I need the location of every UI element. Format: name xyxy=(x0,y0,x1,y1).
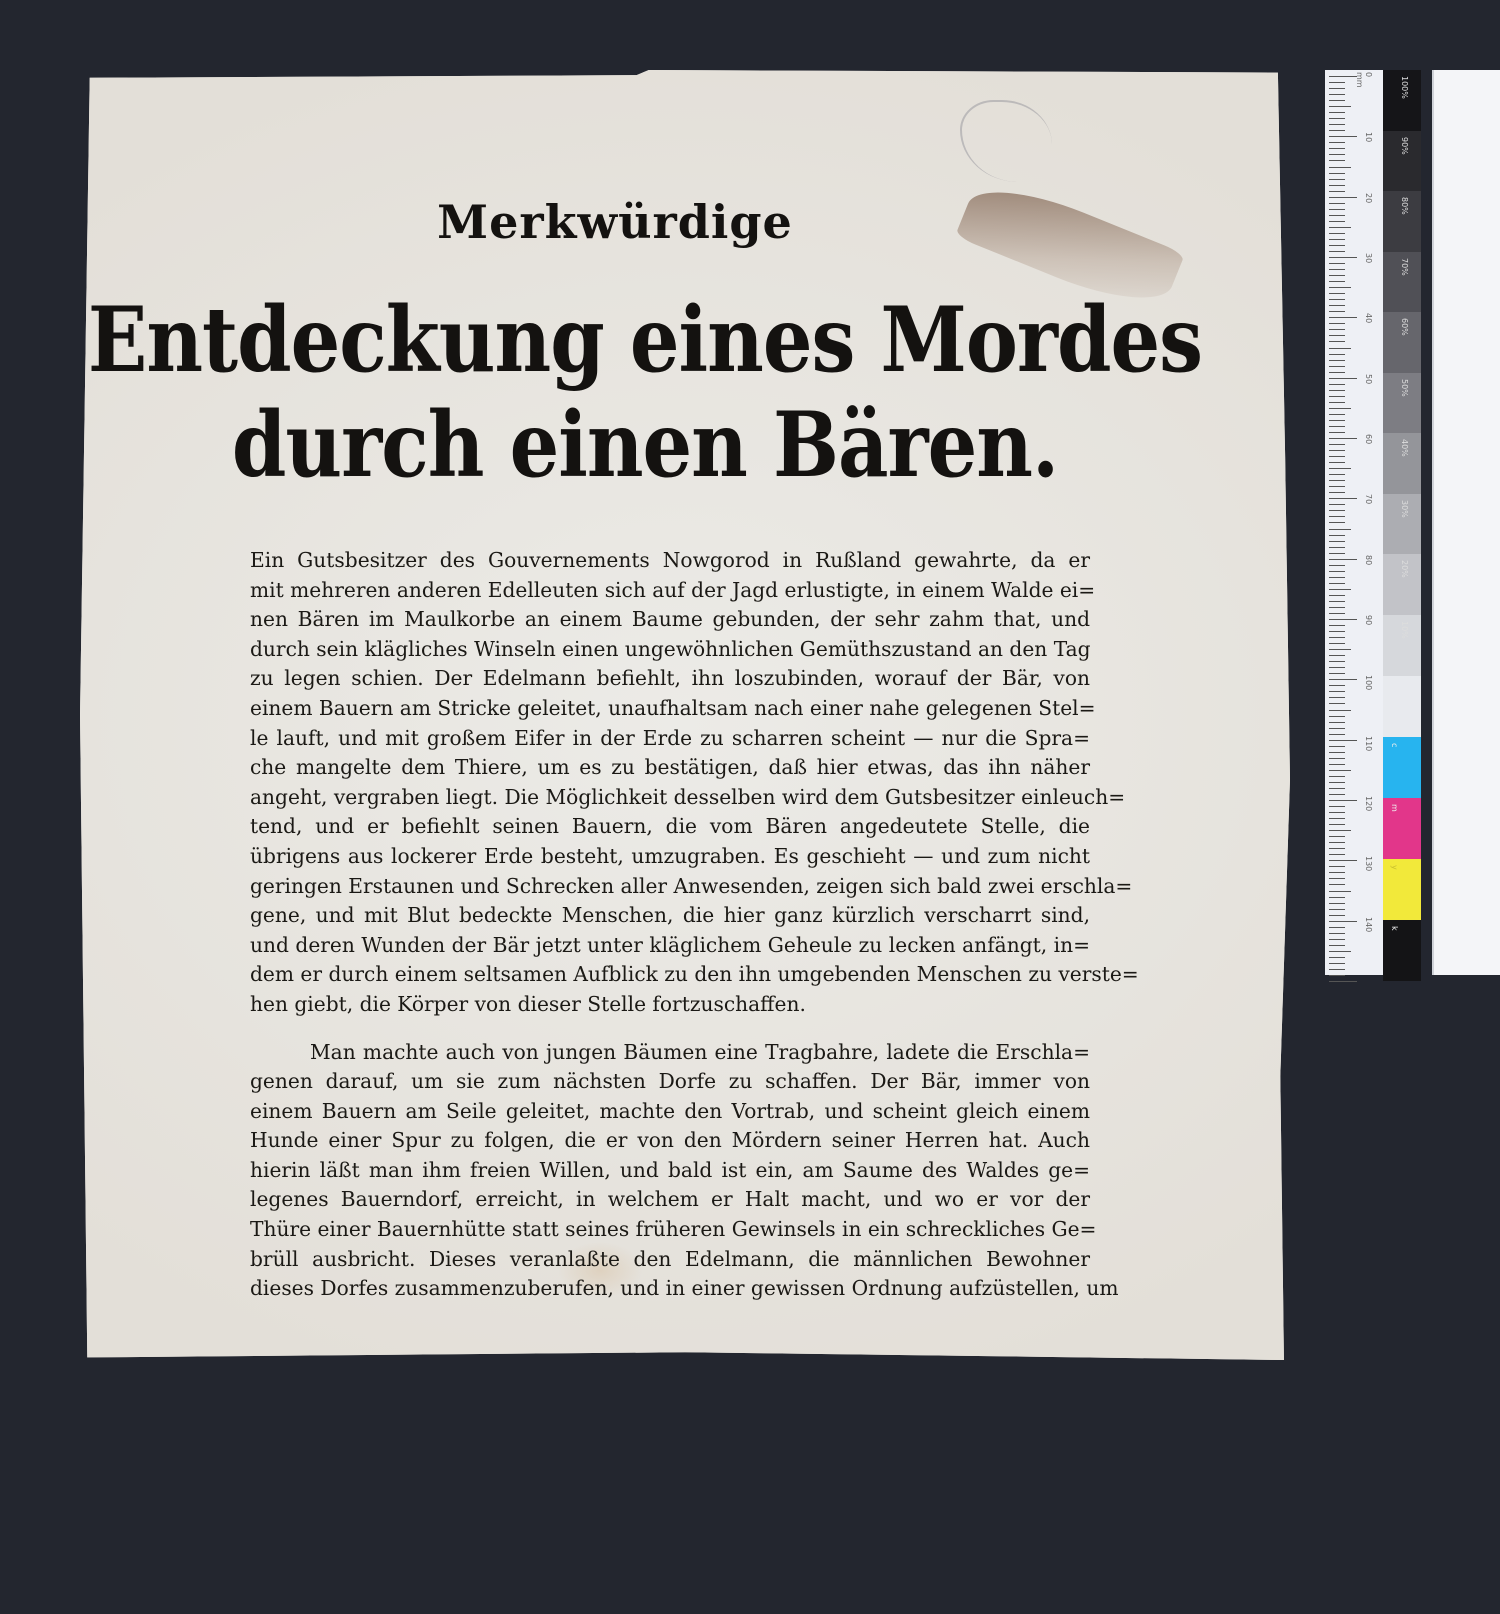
ruler-tick xyxy=(1329,860,1357,861)
ruler-tick xyxy=(1329,903,1345,904)
ruler-tick xyxy=(1329,167,1351,168)
ruler-tick xyxy=(1329,577,1345,578)
text-line: tend, und er befiehlt seinen Bauern, die… xyxy=(250,812,1090,842)
ruler-tick xyxy=(1329,824,1345,825)
ruler-label: 110 xyxy=(1364,736,1373,751)
gray-patch: 60% xyxy=(1383,312,1421,373)
ruler-tick xyxy=(1329,203,1345,204)
ruler-tick xyxy=(1329,76,1357,77)
ruler-label: 100 xyxy=(1364,675,1373,690)
ruler-tick xyxy=(1329,981,1357,982)
patch-label: 20% xyxy=(1400,560,1409,578)
ruler-tick xyxy=(1329,154,1345,155)
title-line-3: durch einen Bären. xyxy=(40,393,1250,498)
text-line: hierin läßt man ihm freien Willen, und b… xyxy=(250,1156,1090,1186)
ruler-tick xyxy=(1329,390,1345,391)
ruler-tick xyxy=(1329,679,1357,680)
text-line: le lauft, und mit großem Eifer in der Er… xyxy=(250,724,1090,754)
ruler-tick xyxy=(1329,661,1345,662)
ruler-tick xyxy=(1329,354,1345,355)
text-line: angeht, vergraben liegt. Die Möglichkeit… xyxy=(250,783,1090,813)
ruler-tick xyxy=(1329,197,1357,198)
ruler-tick xyxy=(1329,341,1345,342)
ruler-tick xyxy=(1329,547,1345,548)
gray-patch: 50% xyxy=(1383,373,1421,434)
ruler-tick xyxy=(1329,872,1345,873)
ruler-tick xyxy=(1329,655,1345,656)
ruler-tick xyxy=(1329,438,1357,439)
gray-patch: 100% xyxy=(1383,70,1421,131)
ruler-tick xyxy=(1329,456,1345,457)
ruler-tick xyxy=(1329,486,1345,487)
ruler-tick xyxy=(1329,933,1345,934)
ruler-tick xyxy=(1329,263,1345,264)
ruler-tick xyxy=(1329,450,1345,451)
ruler-tick xyxy=(1329,969,1345,970)
ruler-tick xyxy=(1329,643,1345,644)
ruler-tick xyxy=(1329,673,1345,674)
ruler-tick xyxy=(1329,927,1345,928)
ruler-tick xyxy=(1329,782,1345,783)
ruler-tick xyxy=(1329,529,1351,530)
text-line: zu legen schien. Der Edelmann befiehlt, … xyxy=(250,664,1090,694)
ruler-tick xyxy=(1329,420,1345,421)
ruler-tick xyxy=(1329,589,1351,590)
ruler-tick xyxy=(1329,613,1345,614)
ruler-tick xyxy=(1329,468,1351,469)
ruler-tick xyxy=(1329,112,1345,113)
patch-label: 50% xyxy=(1400,379,1409,397)
ruler-tick xyxy=(1329,88,1345,89)
mm-ruler: 0 mm102030405060708090100110120130140 xyxy=(1325,70,1383,975)
gray-patch: 30% xyxy=(1383,494,1421,555)
text-line: einem Bauern am Stricke geleitet, unaufh… xyxy=(250,694,1090,724)
ruler-tick xyxy=(1329,710,1351,711)
text-line: dem er durch einem seltsamen Aufblick zu… xyxy=(250,960,1090,990)
ruler-tick xyxy=(1329,130,1345,131)
ruler-label: 90 xyxy=(1364,615,1373,625)
ruler-tick xyxy=(1329,685,1345,686)
ruler-tick xyxy=(1329,281,1345,282)
ruler-tick xyxy=(1329,257,1357,258)
ruler-label: 60 xyxy=(1364,434,1373,444)
ruler-tick xyxy=(1329,734,1345,735)
ruler-tick xyxy=(1329,758,1345,759)
patch-label: 90% xyxy=(1400,137,1409,155)
article-body: Ein Gutsbesitzer des Gouvernements Nowgo… xyxy=(250,546,1090,1304)
color-patch-c: c xyxy=(1383,737,1421,798)
patch-label: 30% xyxy=(1400,500,1409,518)
color-patch-y: y xyxy=(1383,859,1421,920)
ruler-label: 140 xyxy=(1364,917,1373,932)
ruler-tick xyxy=(1329,329,1345,330)
ruler-tick xyxy=(1329,287,1351,288)
title-line-1: Merkwürdige xyxy=(10,195,1220,249)
gray-patch: 40% xyxy=(1383,433,1421,494)
ruler-tick xyxy=(1329,697,1345,698)
patch-label: 10% xyxy=(1400,621,1409,639)
ruler-tick xyxy=(1329,209,1345,210)
ruler-tick xyxy=(1329,348,1351,349)
ruler-tick xyxy=(1329,480,1345,481)
ruler-tick xyxy=(1329,854,1345,855)
text-line: hen giebt, die Körper von dieser Stelle … xyxy=(250,990,1090,1020)
text-line: gene, und mit Blut bedeckte Menschen, di… xyxy=(250,901,1090,931)
ruler-tick xyxy=(1329,366,1345,367)
ruler-tick xyxy=(1329,746,1345,747)
ruler-tick xyxy=(1329,794,1345,795)
ruler-tick xyxy=(1329,233,1345,234)
text-line: Hunde einer Spur zu folgen, die er von d… xyxy=(250,1126,1090,1156)
ruler-tick xyxy=(1329,124,1345,125)
ruler-tick xyxy=(1329,878,1345,879)
ruler-tick xyxy=(1329,323,1345,324)
ruler-tick xyxy=(1329,776,1345,777)
ruler-tick xyxy=(1329,836,1345,837)
text-line: mit mehreren anderen Edelleuten sich auf… xyxy=(250,576,1090,606)
gray-patch: 10% xyxy=(1383,615,1421,676)
ruler-tick xyxy=(1329,571,1345,572)
ruler-tick xyxy=(1329,335,1345,336)
color-target: 100%90%80%70%60%50%40%30%20%10%cmyk xyxy=(1383,70,1421,975)
ruler-tick xyxy=(1329,884,1345,885)
ruler-tick xyxy=(1329,191,1345,192)
ruler-tick xyxy=(1329,957,1345,958)
ruler-tick xyxy=(1329,535,1345,536)
target-white-strip xyxy=(1432,70,1500,975)
ruler-tick xyxy=(1329,728,1345,729)
text-line: Man machte auch von jungen Bäumen eine T… xyxy=(250,1038,1090,1068)
text-line: brüll ausbricht. Dieses veranlaßte den E… xyxy=(250,1245,1090,1275)
color-patch-m: m xyxy=(1383,798,1421,859)
ruler-tick xyxy=(1329,360,1345,361)
pencil-annotation xyxy=(960,100,1052,182)
ruler-tick xyxy=(1329,637,1345,638)
text-line: dieses Dorfes zusammenzuberufen, und in … xyxy=(250,1274,1090,1304)
ruler-tick xyxy=(1329,402,1345,403)
ruler-tick xyxy=(1329,951,1351,952)
ruler-tick xyxy=(1329,432,1345,433)
ruler-tick xyxy=(1329,372,1345,373)
ruler-tick xyxy=(1329,625,1345,626)
ruler-tick xyxy=(1329,311,1345,312)
ruler-tick xyxy=(1329,251,1345,252)
ruler-tick xyxy=(1329,100,1345,101)
ruler-label: 50 xyxy=(1364,374,1373,384)
ruler-tick xyxy=(1329,142,1345,143)
ruler-tick xyxy=(1329,812,1345,813)
ruler-tick xyxy=(1329,396,1345,397)
ruler-tick xyxy=(1329,691,1345,692)
ruler-tick xyxy=(1329,788,1345,789)
ruler-tick xyxy=(1329,915,1345,916)
ruler-label: 70 xyxy=(1364,494,1373,504)
ruler-tick xyxy=(1329,818,1345,819)
ruler-label: 120 xyxy=(1364,796,1373,811)
patch-label: 70% xyxy=(1400,258,1409,276)
ruler-tick xyxy=(1329,136,1357,137)
gray-patch: 80% xyxy=(1383,191,1421,252)
ruler-tick xyxy=(1329,516,1345,517)
patch-label: 60% xyxy=(1400,318,1409,336)
ruler-tick xyxy=(1329,559,1357,560)
ruler-tick xyxy=(1329,619,1357,620)
patch-label: 80% xyxy=(1400,197,1409,215)
ruler-tick xyxy=(1329,305,1345,306)
ruler-label: 20 xyxy=(1364,193,1373,203)
ruler-tick xyxy=(1329,975,1345,976)
ruler-tick xyxy=(1329,909,1345,910)
ruler-tick xyxy=(1329,179,1345,180)
ruler-tick xyxy=(1329,498,1357,499)
ruler-tick xyxy=(1329,269,1345,270)
ruler-tick xyxy=(1329,806,1345,807)
text-line: che mangelte dem Thiere, um es zu bestät… xyxy=(250,753,1090,783)
ruler-tick xyxy=(1329,565,1345,566)
text-line: durch sein klägliches Winseln einen unge… xyxy=(250,635,1090,665)
ruler-tick xyxy=(1329,414,1345,415)
ruler-tick xyxy=(1329,601,1345,602)
patch-label: y xyxy=(1390,865,1399,870)
gray-patch: 70% xyxy=(1383,252,1421,313)
ruler-tick xyxy=(1329,221,1345,222)
ruler-tick xyxy=(1329,553,1345,554)
ruler-label: 30 xyxy=(1364,253,1373,263)
ruler-tick xyxy=(1329,522,1345,523)
document-page: Merkwürdige Entdeckung eines Mordes durc… xyxy=(80,70,1290,1360)
ruler-tick xyxy=(1329,299,1345,300)
ruler-tick xyxy=(1329,444,1345,445)
text-line: übrigens aus lockerer Erde besteht, umzu… xyxy=(250,842,1090,872)
ruler-tick xyxy=(1329,474,1345,475)
ruler-tick xyxy=(1329,148,1345,149)
ruler-tick xyxy=(1329,752,1345,753)
ruler-label: 80 xyxy=(1364,555,1373,565)
ruler-tick xyxy=(1329,504,1345,505)
ruler-tick xyxy=(1329,94,1345,95)
ruler-tick xyxy=(1329,830,1351,831)
ruler-tick xyxy=(1329,649,1351,650)
ruler-tick xyxy=(1329,667,1345,668)
ruler-tick xyxy=(1329,384,1345,385)
ruler-tick xyxy=(1329,82,1345,83)
gray-patch: 20% xyxy=(1383,554,1421,615)
text-line: nen Bären im Maulkorbe an einem Baume ge… xyxy=(250,605,1090,635)
patch-label: 100% xyxy=(1400,76,1409,99)
ruler-tick xyxy=(1329,118,1345,119)
patch-label: k xyxy=(1390,926,1399,931)
ruler-label: 40 xyxy=(1364,313,1373,323)
text-line: Thüre einer Bauernhütte statt seines frü… xyxy=(250,1215,1090,1245)
patch-label: c xyxy=(1390,743,1399,747)
ruler-tick xyxy=(1329,595,1345,596)
color-patch-k: k xyxy=(1383,920,1421,981)
ruler-tick xyxy=(1329,897,1345,898)
ruler-tick xyxy=(1329,607,1345,608)
text-line: Ein Gutsbesitzer des Gouvernements Nowgo… xyxy=(250,546,1090,576)
text-line: einem Bauern am Seile geleitet, machte d… xyxy=(250,1097,1090,1127)
ruler-tick xyxy=(1329,173,1345,174)
ruler-tick xyxy=(1329,160,1345,161)
ruler-tick xyxy=(1329,462,1345,463)
ruler-tick xyxy=(1329,106,1351,107)
ruler-tick xyxy=(1329,800,1357,801)
ruler-tick xyxy=(1329,842,1345,843)
paragraph-1: Ein Gutsbesitzer des Gouvernements Nowgo… xyxy=(250,546,1090,1020)
text-line: genen darauf, um sie zum nächsten Dorfe … xyxy=(250,1067,1090,1097)
ruler-tick xyxy=(1329,945,1345,946)
ruler-tick xyxy=(1329,963,1345,964)
ruler-tick xyxy=(1329,764,1345,765)
title-line-2: Entdeckung eines Mordes xyxy=(40,288,1250,393)
gray-patch: 90% xyxy=(1383,131,1421,192)
ruler-tick xyxy=(1329,275,1345,276)
ruler-tick xyxy=(1329,510,1345,511)
ruler-tick xyxy=(1329,426,1345,427)
ruler-tick xyxy=(1329,866,1345,867)
ruler-tick xyxy=(1329,541,1345,542)
ruler-tick xyxy=(1329,408,1351,409)
ruler-tick xyxy=(1329,185,1345,186)
ruler-tick xyxy=(1329,740,1357,741)
ruler-tick xyxy=(1329,722,1345,723)
ruler-tick xyxy=(1329,293,1345,294)
ruler-tick xyxy=(1329,703,1345,704)
ruler-tick xyxy=(1329,317,1357,318)
ruler-tick xyxy=(1329,227,1351,228)
text-line: legenes Bauerndorf, erreicht, in welchem… xyxy=(250,1185,1090,1215)
ruler-label: 0 mm xyxy=(1355,72,1373,88)
text-line: und deren Wunden der Bär jetzt unter klä… xyxy=(250,931,1090,961)
text-line: geringen Erstaunen und Schrecken aller A… xyxy=(250,872,1090,902)
ruler-tick xyxy=(1329,239,1345,240)
patch-label: m xyxy=(1390,804,1399,812)
ruler-tick xyxy=(1329,583,1345,584)
ruler-tick xyxy=(1329,716,1345,717)
ruler-tick xyxy=(1329,921,1357,922)
ruler-tick xyxy=(1329,891,1351,892)
ruler-label: 130 xyxy=(1364,856,1373,871)
ruler-tick xyxy=(1329,939,1345,940)
paragraph-2: Man machte auch von jungen Bäumen eine T… xyxy=(250,1038,1090,1304)
ruler-label: 10 xyxy=(1364,132,1373,142)
ruler-tick xyxy=(1329,492,1345,493)
ruler-tick xyxy=(1329,848,1345,849)
ruler-tick xyxy=(1329,770,1351,771)
patch-label: 40% xyxy=(1400,439,1409,457)
ruler-tick xyxy=(1329,631,1345,632)
ruler-tick xyxy=(1329,215,1345,216)
ruler-tick xyxy=(1329,378,1357,379)
ruler-tick xyxy=(1329,245,1345,246)
